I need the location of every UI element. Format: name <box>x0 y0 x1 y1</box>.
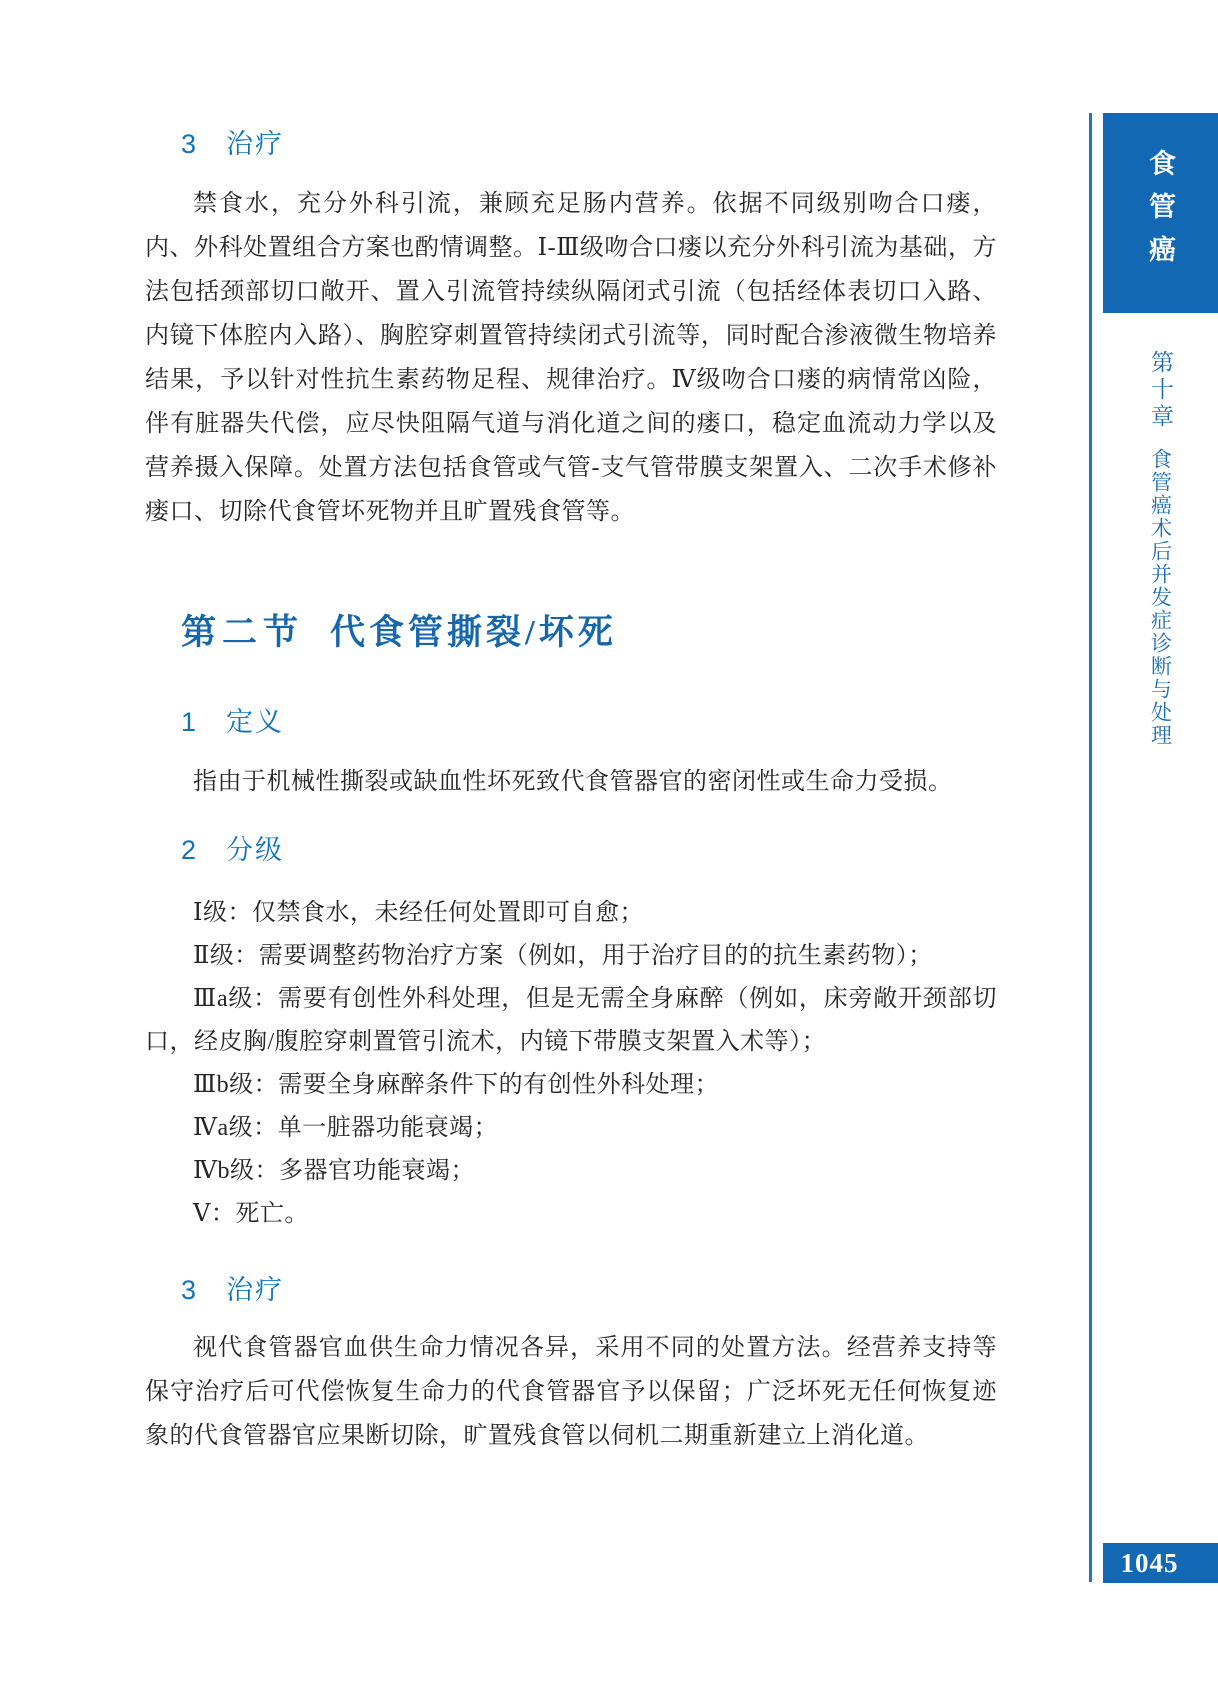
section-title: 代食管撕裂/坏死 <box>330 605 617 655</box>
chapter-number-text: 第十章 <box>1144 350 1177 431</box>
grading-list: Ⅰ级：仅禁食水，未经任何处置即可自愈； Ⅱ级：需要调整药物治疗方案（例如，用于治… <box>145 892 997 1236</box>
grade-item-1: Ⅰ级：仅禁食水，未经任何处置即可自愈； <box>145 892 997 935</box>
page-number-text: 1045 <box>1121 1548 1179 1579</box>
paragraph-anastomotic-leak-treatment: 禁食水，充分外科引流，兼顾充足肠内营养。依据不同级别吻合口瘘，内、外科处置组合方… <box>145 182 997 534</box>
heading-label: 分级 <box>226 828 284 867</box>
grade-item-3a: Ⅲa级：需要有创性外科处理，但是无需全身麻醉（例如，床旁敞开颈部切口，经皮胸/腹… <box>145 978 997 1064</box>
grade-item-5: Ⅴ：死亡。 <box>145 1193 997 1236</box>
heading-treatment-2: 3 治疗 <box>145 1268 284 1307</box>
heading-number: 3 <box>181 1275 196 1306</box>
heading-label: 治疗 <box>226 1268 284 1307</box>
heading-grading: 2 分级 <box>145 828 284 867</box>
heading-definition: 1 定义 <box>145 700 284 739</box>
grade-item-4a: Ⅳa级：单一脏器功能衰竭； <box>145 1107 997 1150</box>
heading-label: 定义 <box>226 700 284 739</box>
grade-item-3b: Ⅲb级：需要全身麻醉条件下的有创性外科处理； <box>145 1064 997 1107</box>
heading-treatment-top: 3 治疗 <box>145 122 284 161</box>
page-number-tab: 1045 <box>1103 1543 1218 1583</box>
paragraph-graft-treatment: 视代食管器官血供生命力情况各异，采用不同的处置方法。经营养支持等保守治疗后可代偿… <box>145 1326 997 1458</box>
chapter-label-column: 第十章 <box>1103 350 1218 431</box>
chapter-title-text: 食管癌术后并发症诊断与处理 <box>1146 448 1176 747</box>
sidebar-vertical-rule <box>1089 113 1092 1582</box>
book-title-text: 食管癌 <box>1141 149 1180 278</box>
section-number: 第二节 <box>181 605 304 655</box>
grade-item-2: Ⅱ级：需要调整药物治疗方案（例如，用于治疗目的的抗生素药物）； <box>145 935 997 978</box>
book-title-tab: 食管癌 <box>1103 113 1218 313</box>
grade-item-4b: Ⅳb级：多器官功能衰竭； <box>145 1150 997 1193</box>
heading-number: 3 <box>181 129 196 160</box>
chapter-title-column: 食管癌术后并发症诊断与处理 <box>1103 448 1218 747</box>
heading-number: 2 <box>181 835 196 866</box>
heading-number: 1 <box>181 707 196 738</box>
heading-label: 治疗 <box>226 122 284 161</box>
heading-section2: 第二节 代食管撕裂/坏死 <box>145 605 617 655</box>
paragraph-definition: 指由于机械性撕裂或缺血性坏死致代食管器官的密闭性或生命力受损。 <box>145 760 997 804</box>
